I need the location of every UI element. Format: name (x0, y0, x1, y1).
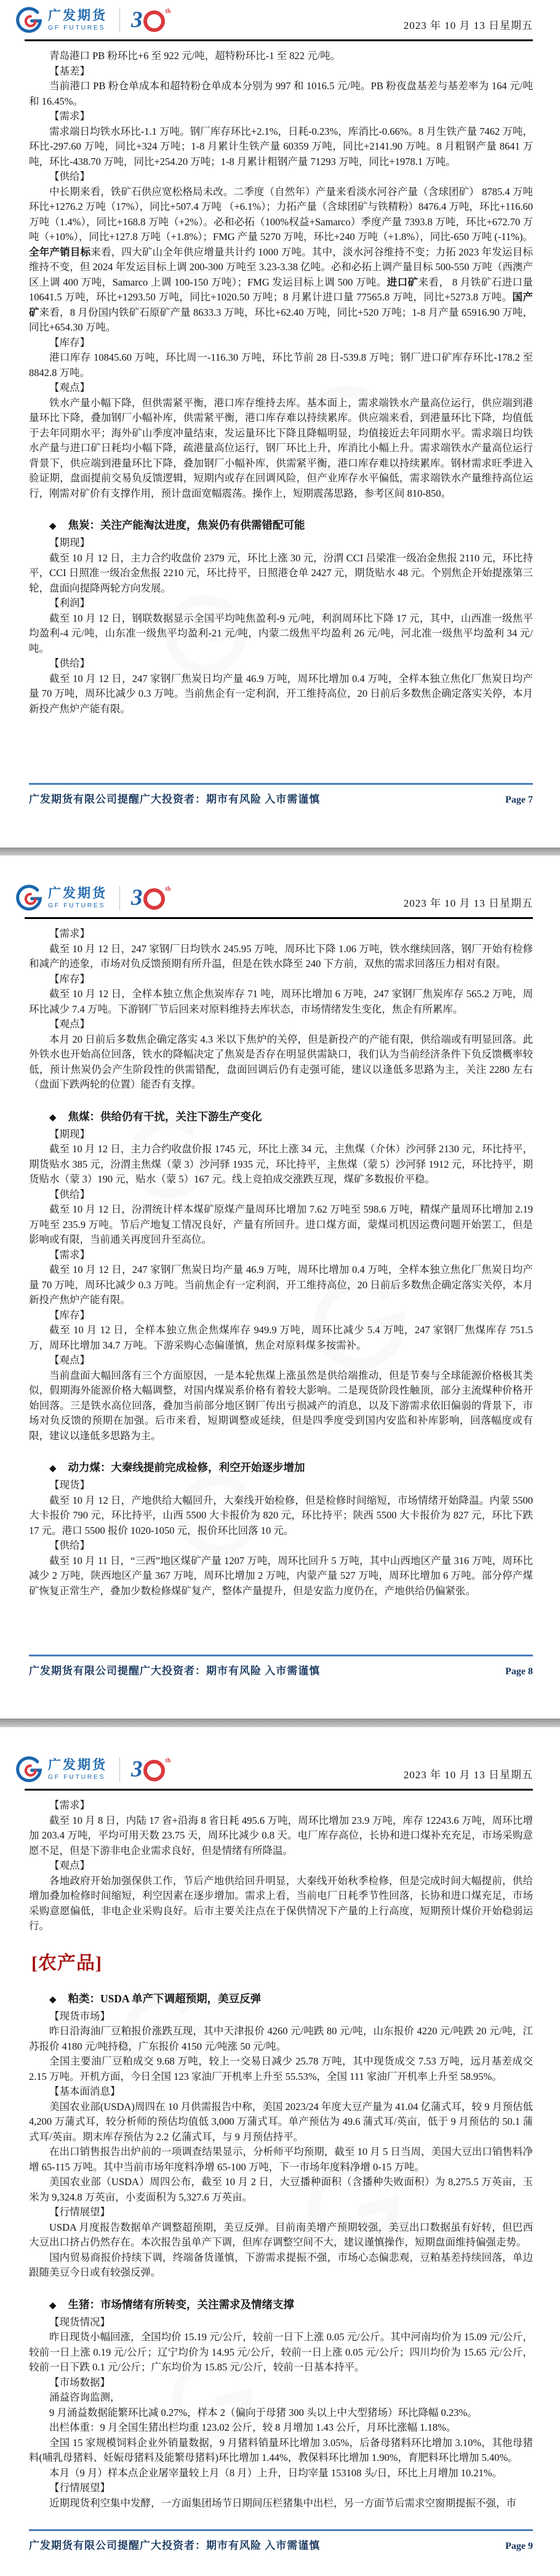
bracket-heading: 【现货情况】 (29, 2315, 533, 2330)
report-date: 2023 年 10 月 13 日星期五 (404, 1766, 533, 1784)
gf-logo-icon (15, 6, 43, 34)
brand-separator (119, 1757, 120, 1782)
gf-logo-icon (15, 884, 43, 912)
risk-disclaimer: 广发期货有限公司提醒广大投资者：期市有风险 入市需谨慎 (29, 790, 320, 806)
diamond-bullet-icon: ◆ (49, 1992, 57, 2008)
bracket-heading: 【利润】 (29, 596, 533, 611)
header-rule (25, 1789, 533, 1791)
anniversary-0-ring-icon (143, 10, 165, 32)
report-page-8: 广发期货 GF FUTURES 3 th 2023 年 10 月 13 日星期五… (0, 856, 560, 1719)
bracket-heading: 【供给】 (29, 656, 533, 672)
paragraph: 截至 10 月 12 日，主力合约收盘价报 1745 元，环比上涨 34 元，主… (29, 1142, 533, 1187)
gf-logo-icon (15, 1755, 43, 1784)
brand-name-cn: 广发期货 (48, 1759, 107, 1772)
bracket-heading: 【库存】 (29, 1308, 533, 1323)
brand-names: 广发期货 GF FUTURES (48, 9, 107, 31)
topic-heading: ◆生猪：市场情绪有所转变，关注需求及情绪支撑 (29, 2297, 533, 2314)
report-date: 2023 年 10 月 13 日星期五 (404, 17, 533, 34)
page-number: Page 8 (505, 1666, 533, 1677)
header-rule (25, 917, 533, 919)
topic-heading: ◆焦炭：关注产能淘汰进度，焦炭仍有供需错配可能 (29, 518, 533, 534)
text-run: 来看，8 月份国内铁矿石原矿产量 8633.3 万吨，环比+62.40 万吨，同… (29, 307, 533, 334)
gf-futures-logo: 广发期货 GF FUTURES 3 th (15, 1755, 170, 1784)
diamond-bullet-icon: ◆ (49, 1110, 57, 1126)
paragraph: 美国农业部（USDA）周四公布，截至 10 月 2 日，大豆播种面积（含播种失败… (29, 2175, 533, 2205)
section-heading: [农产品] (29, 1952, 533, 1975)
paragraph: 本月（9 月）样本点企业屠宰量较上月（8 月）上升，日均宰量 153108 头/… (29, 2466, 533, 2481)
brand-name-en: GF FUTURES (48, 902, 107, 909)
bracket-heading: 【供给】 (29, 1187, 533, 1203)
brand-separator (119, 8, 120, 33)
bracket-heading: 【现货】 (29, 1478, 533, 1493)
paragraph: 全国主要油厂豆粕成交 9.68 万吨，较上一交易日减少 25.78 万吨，其中现… (29, 2054, 533, 2084)
report-page-9: 广发期货 GF FUTURES 3 th 2023 年 10 月 13 日星期五… (0, 1727, 560, 2576)
bracket-heading: 【需求】 (29, 926, 533, 942)
page-number: Page 9 (505, 2541, 533, 2552)
risk-disclaimer: 广发期货有限公司提醒广大投资者：期市有风险 入市需谨慎 (29, 1662, 320, 1677)
paragraph: 截至 10 月 12 日，全样本独立焦企焦炭库存 71 吨，周环比增加 6 万吨… (29, 987, 533, 1017)
diamond-bullet-icon: ◆ (49, 519, 57, 534)
page-content: 【需求】截至 10 月 8 日，内陆 17 省+沿海 8 省日耗 495.6 万… (29, 1798, 533, 2511)
anniversary-th: th (166, 1758, 171, 1764)
footer-rule: 广发期货有限公司提醒广大投资者：期市有风险 入市需谨慎 Page 8 (29, 1655, 533, 1677)
bracket-heading: 【现货市场】 (29, 2009, 533, 2024)
bold-run: 全年产销目标 (29, 246, 90, 258)
report-date: 2023 年 10 月 13 日星期五 (404, 894, 533, 912)
paragraph: 在出口销售报告出炉前的一项调查结果显示，分析师平均预期，截至 10 月 5 日当… (29, 2145, 533, 2175)
anniversary-0-ring-icon (143, 1760, 165, 1781)
page-number: Page 7 (505, 795, 533, 806)
paragraph: 出栏体重：9 月全国生猪出栏均重 123.02 公斤，较 8 月增加 1.43 … (29, 2420, 533, 2436)
bracket-heading: 【观点】 (29, 1017, 533, 1032)
bracket-heading: 【行情展望】 (29, 2205, 533, 2220)
brand-name-en: GF FUTURES (48, 25, 107, 31)
page-footer: 广发期货有限公司提醒广大投资者：期市有风险 入市需谨慎 Page 7 (0, 783, 560, 848)
bracket-heading: 【观点】 (29, 1353, 533, 1368)
bracket-heading: 【基差】 (29, 64, 533, 79)
gf-futures-logo: 广发期货 GF FUTURES 3 th (15, 6, 170, 34)
paragraph: 截至 10 月 8 日，内陆 17 省+沿海 8 省日耗 495.6 万吨，周环… (29, 1813, 533, 1859)
bracket-heading: 【市场数据】 (29, 2375, 533, 2391)
brand-names: 广发期货 GF FUTURES (48, 887, 107, 909)
anniversary-th: th (166, 886, 171, 893)
paragraph: 截至 10 月 12 日，产地供给大幅回升，大秦线开始检修，但是检修时间缩短，市… (29, 1493, 533, 1539)
paragraph: 9 月涌益数据能繁环比减 0.27%，样本 2（偏向于母猪 300 头以上中大型… (29, 2405, 533, 2421)
paragraph: 截至 10 月 12 日，247 家钢厂日均铁水 245.95 万吨，周环比下降… (29, 942, 533, 972)
paragraph: 截至 10 月 12 日，247 家钢厂焦炭日均产量 46.9 万吨，周环比增加… (29, 1262, 533, 1308)
paragraph: 截至 10 月 12 日，主力合约收盘价 2379 元，环比上涨 30 元，汾渭… (29, 551, 533, 596)
footer-rule: 广发期货有限公司提醒广大投资者：期市有风险 入市需谨慎 Page 9 (29, 2529, 533, 2552)
paragraph: 需求端日均铁水环比-1.1 万吨。钢厂库存环比+2.1%，日耗-0.23%，库消… (29, 124, 533, 170)
anniversary-30th-logo: 3 th (131, 886, 170, 910)
report-document: { "doc": { "date": "2023 年 10 月 13 日星期五"… (0, 0, 560, 2576)
paragraph: 近期现货利空集中发酵，一方面集团场节日期间压栏猪集中出栏，另一方面节后需求空窗期… (29, 2496, 533, 2511)
paragraph: 本月 20 日前后多数焦企确定落实 4.3 米以下焦炉的关停，但是新投产的产能有… (29, 1032, 533, 1093)
page-footer: 广发期货有限公司提醒广大投资者：期市有风险 入市需谨慎 Page 9 (0, 2529, 560, 2576)
bracket-heading: 【供给】 (29, 1538, 533, 1554)
anniversary-3: 3 (131, 9, 143, 31)
bracket-heading: 【期现】 (29, 1127, 533, 1142)
paragraph: 截至 10 月 12 日，钢联数据显示全国平均吨焦盈利-9 元/吨，利润周环比下… (29, 611, 533, 657)
anniversary-30th-logo: 3 th (131, 1758, 170, 1781)
paragraph: 港口库存 10845.60 万吨，环比周一-116.30 万吨，环比节前 28 … (29, 350, 533, 380)
paragraph: 美国农业部(USDA)周四在 10 月供需报告中称，美国 2023/24 年度大… (29, 2100, 533, 2145)
bracket-heading: 【基本面消息】 (29, 2084, 533, 2100)
paragraph: 中长期来看，铁矿石供应宽松格局未改。二季度（自然年）产量来看淡水河谷产量（含球团… (29, 185, 533, 335)
topic-title: 焦煤：供给仍有干扰，关注下游生产变化 (68, 1109, 262, 1125)
report-header: 广发期货 GF FUTURES 3 th 2023 年 10 月 13 日星期五 (0, 856, 560, 916)
bracket-heading: 【观点】 (29, 1858, 533, 1874)
report-header: 广发期货 GF FUTURES 3 th 2023 年 10 月 13 日星期五 (0, 0, 560, 38)
bracket-heading: 【供给】 (29, 169, 533, 185)
paragraph: 截至 10 月 12 日，247 家钢厂焦炭日均产量 46.9 万吨，周环比增加… (29, 672, 533, 717)
bracket-heading: 【需求】 (29, 109, 533, 124)
bracket-heading: 【需求】 (29, 1248, 533, 1263)
paragraph: 国内贸易商报价持续下调，终端备货谨慎，下游需求提振不强，市场心态偏悲观，豆粕基差… (29, 2250, 533, 2281)
diamond-bullet-icon: ◆ (49, 2298, 57, 2314)
bracket-heading: 【行情展望】 (29, 2481, 533, 2496)
topic-heading: ◆粕类：USDA 单产下调超预期，美豆反弹 (29, 1991, 533, 2008)
topic-heading: ◆焦煤：供给仍有干扰，关注下游生产变化 (29, 1109, 533, 1126)
brand-name-en: GF FUTURES (48, 1774, 107, 1781)
anniversary-3: 3 (131, 886, 143, 909)
bracket-heading: 【库存】 (29, 972, 533, 987)
brand-name-cn: 广发期货 (48, 9, 107, 22)
paragraph: 截至 10 月 12 日，汾渭统计样本煤矿原煤产量周环比增加 7.62 万吨至 … (29, 1202, 533, 1248)
brand-name-cn: 广发期货 (48, 887, 107, 900)
page-content: 青岛港口 PB 粉环比+6 至 922 元/吨，超特粉环比-1 至 822 元/… (29, 49, 533, 716)
paragraph: 全国 15 家规模饲料企业外销量数据，9 月猪料销量环比增加 3.05%，后备母… (29, 2436, 533, 2466)
bracket-heading: 【期现】 (29, 536, 533, 551)
paragraph: 青岛港口 PB 粉环比+6 至 922 元/吨，超特粉环比-1 至 822 元/… (29, 49, 533, 64)
anniversary-0-ring-icon (143, 888, 165, 910)
anniversary-3: 3 (131, 1758, 143, 1781)
paragraph: 当前盘面大幅回落有三个方面原因，一是本轮焦煤上涨虽然是供给端推动，但是节奏与全球… (29, 1368, 533, 1444)
risk-disclaimer: 广发期货有限公司提醒广大投资者：期市有风险 入市需谨慎 (29, 2537, 320, 2552)
paragraph: 昨日沿海油厂豆粕报价涨跌互现，其中天津报价 4260 元/吨跌 80 元/吨，山… (29, 2024, 533, 2054)
footer-rule: 广发期货有限公司提醒广大投资者：期市有风险 入市需谨慎 Page 7 (29, 783, 533, 806)
paragraph: 截至 10 月 11 日，“三西”地区煤矿产量 1207 万吨，周环比回升 5 … (29, 1554, 533, 1599)
paragraph: 当前港口 PB 粉仓单成本和超特粉仓单成本分别为 997 和 1016.5 元/… (29, 79, 533, 109)
topic-title: 动力煤：大秦线提前完成检修，利空开始逐步增加 (68, 1460, 305, 1475)
paragraph: 涌益咨询监测， (29, 2390, 533, 2405)
brand-names: 广发期货 GF FUTURES (48, 1759, 107, 1781)
paragraph: 截至 10 月 12 日，全样本独立焦企焦煤库存 949.9 万吨，周环比减少 … (29, 1323, 533, 1353)
diamond-bullet-icon: ◆ (49, 1461, 57, 1477)
topic-title: 焦炭：关注产能淘汰进度，焦炭仍有供需错配可能 (68, 518, 305, 533)
header-rule (25, 39, 533, 41)
text-run: 中长期来看，铁矿石供应宽松格局未改。二季度（自然年）产量来看淡水河谷产量（含球团… (29, 186, 533, 243)
paragraph: 铁水产量小幅下降，但供需紧平衡，港口库存维持去库。基本面上，需求端铁水产量高位运… (29, 396, 533, 502)
topic-title: 粕类：USDA 单产下调超预期，美豆反弹 (68, 1991, 262, 2007)
topic-heading: ◆动力煤：大秦线提前完成检修，利空开始逐步增加 (29, 1460, 533, 1477)
page-footer: 广发期货有限公司提醒广大投资者：期市有风险 入市需谨慎 Page 8 (0, 1655, 560, 1719)
bracket-heading: 【库存】 (29, 335, 533, 351)
bold-run: 进口矿 (387, 276, 418, 288)
bracket-heading: 【观点】 (29, 380, 533, 396)
topic-title: 生猪：市场情绪有所转变，关注需求及情绪支撑 (68, 2297, 295, 2313)
paragraph: 昨日现货小幅回涨，全国均价 15.19 元/公斤，较前一日下上涨 0.05 元/… (29, 2330, 533, 2375)
brand-separator (119, 886, 120, 910)
bracket-heading: 【需求】 (29, 1798, 533, 1813)
anniversary-30th-logo: 3 th (131, 9, 170, 32)
paragraph: 各地政府开始加强保供工作，节后产地供给回升明显，大秦线开始秋季检修，但是完成时间… (29, 1874, 533, 1934)
gf-futures-logo: 广发期货 GF FUTURES 3 th (15, 884, 170, 912)
anniversary-th: th (166, 9, 171, 15)
report-page-7: 广发期货 GF FUTURES 3 th 2023 年 10 月 13 日星期五… (0, 0, 560, 848)
report-header: 广发期货 GF FUTURES 3 th 2023 年 10 月 13 日星期五 (0, 1727, 560, 1788)
page-content: 【需求】截至 10 月 12 日，247 家钢厂日均铁水 245.95 万吨，周… (29, 926, 533, 1599)
paragraph: USDA 月度报告数据单产调整超预期，美豆反弹。目前南美增产预期较强，美豆出口数… (29, 2220, 533, 2250)
